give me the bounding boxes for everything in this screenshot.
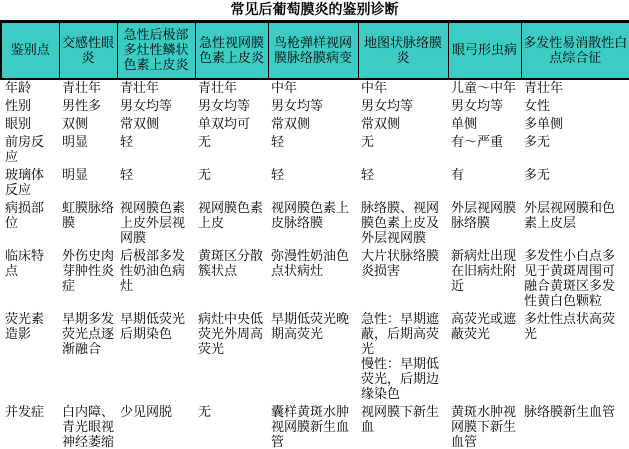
diagnosis-table: 鉴别点 交感性眼炎 急性后极部多灶性鳞状色素上皮炎 急性视网膜色素上皮炎 鸟枪弹…: [0, 20, 629, 449]
header-cell-mewds: 多发性易消散性白点综合征: [521, 22, 629, 80]
table-row: 并发症白内障、青光眼视神经萎缩少见网脱无囊样黄斑水肿视网膜新生血管视网膜下新生血…: [1, 404, 629, 449]
table-cell: 早期低荧光后期染色: [117, 311, 195, 404]
header-cell-criterion: 鉴别点: [1, 22, 59, 80]
table-cell: 无: [358, 134, 448, 167]
table-row: 年龄青壮年青壮年青壮年中年中年儿童～中年青壮年: [1, 79, 629, 98]
table-row: 性别男性多男女均等男女均等男女均等男女均等男女均等女性: [1, 98, 629, 116]
table-cell: 视网膜色素上皮: [195, 200, 268, 248]
table-cell: 多灶性点状高荧光: [521, 311, 629, 404]
header-cell-birdshot: 鸟枪弹样视网膜脉络膜病变: [268, 22, 358, 80]
row-label: 眼别: [1, 116, 59, 134]
table-cell: 脉络膜新生血管: [521, 404, 629, 449]
table-cell: 高荧光或遮蔽荧光: [448, 311, 521, 404]
row-label: 荧光素造影: [1, 311, 59, 404]
row-label: 玻璃体反应: [1, 167, 59, 200]
table-cell: 儿童～中年: [448, 79, 521, 98]
header-cell-serpiginous-choroiditis: 地图状脉络膜炎: [358, 22, 448, 80]
table-cell: 外伤史肉芽肿性炎症: [59, 248, 117, 311]
header-cell-arpe: 急性视网膜色素上皮炎: [195, 22, 268, 80]
table-cell: 外层视网膜和色素上皮层: [521, 200, 629, 248]
table-cell: 多发性小白点多见于黄斑周围可融合黄斑区多发性黄白色颗粒: [521, 248, 629, 311]
table-body: 年龄青壮年青壮年青壮年中年中年儿童～中年青壮年性别男性多男女均等男女均等男女均等…: [1, 79, 629, 449]
header-cell-sympathetic-ophthalmia: 交感性眼炎: [59, 22, 117, 80]
table-cell: 常双侧: [268, 116, 358, 134]
table-row: 病损部位虹膜脉络膜视网膜色素上皮外层视网膜视网膜色素上皮视网膜色素上皮脉络膜脉络…: [1, 200, 629, 248]
table-cell: 黄斑水肿视网膜下新生血管: [448, 404, 521, 449]
row-label: 性别: [1, 98, 59, 116]
table-cell: 明显: [59, 167, 117, 200]
table-cell: 轻: [358, 167, 448, 200]
table-cell: 囊样黄斑水肿视网膜新生血管: [268, 404, 358, 449]
table-cell: 男女均等: [117, 98, 195, 116]
table-cell: 男性多: [59, 98, 117, 116]
table-cell: 单双均可: [195, 116, 268, 134]
table-cell: 急性：早期遮蔽，后期高荧光 慢性：早期低荧光，后期边缘染色: [358, 311, 448, 404]
header-cell-ocular-toxoplasmosis: 眼弓形虫病: [448, 22, 521, 80]
page: 常见后葡萄膜炎的鉴别诊断 鉴别点 交感性眼炎 急性后极部多灶性鳞状色素上皮炎 急…: [0, 0, 629, 449]
table-cell: 常双侧: [358, 116, 448, 134]
table-cell: 男女均等: [268, 98, 358, 116]
table-cell: 脉络膜、视网膜色素上皮及外层视网膜: [358, 200, 448, 248]
table-cell: 虹膜脉络膜: [59, 200, 117, 248]
table-cell: 视网膜色素上皮外层视网膜: [117, 200, 195, 248]
table-cell: 男女均等: [448, 98, 521, 116]
table-cell: 多无: [521, 134, 629, 167]
table-cell: 无: [195, 167, 268, 200]
table-cell: 青壮年: [59, 79, 117, 98]
row-label: 病损部位: [1, 200, 59, 248]
table-cell: 青壮年: [195, 79, 268, 98]
table-cell: 外层视网膜脉络膜: [448, 200, 521, 248]
table-cell: 男女均等: [195, 98, 268, 116]
table-cell: 多单侧: [521, 116, 629, 134]
header-cell-apmppe: 急性后极部多灶性鳞状色素上皮炎: [117, 22, 195, 80]
table-cell: 双侧: [59, 116, 117, 134]
table-row: 临床特点外伤史肉芽肿性炎症后极部多发性奶油色病灶黄斑区分散簇状点弥漫性奶油色点状…: [1, 248, 629, 311]
table-cell: 中年: [358, 79, 448, 98]
table-cell: 大片状脉络膜炎损害: [358, 248, 448, 311]
table-cell: 早期低荧光晚期高荧光: [268, 311, 358, 404]
table-cell: 青壮年: [521, 79, 629, 98]
table-cell: 无: [195, 134, 268, 167]
row-label: 前房反应: [1, 134, 59, 167]
table-header-row: 鉴别点 交感性眼炎 急性后极部多灶性鳞状色素上皮炎 急性视网膜色素上皮炎 鸟枪弹…: [1, 22, 629, 80]
table-row: 眼别双侧常双侧单双均可常双侧常双侧单侧多单侧: [1, 116, 629, 134]
page-title: 常见后葡萄膜炎的鉴别诊断: [0, 0, 629, 20]
table-cell: 女性: [521, 98, 629, 116]
table-cell: 弥漫性奶油色点状病灶: [268, 248, 358, 311]
table-row: 荧光素造影早期多发荧光点逐渐融合早期低荧光后期染色病灶中央低荧光外周高荧光早期低…: [1, 311, 629, 404]
table-cell: 视网膜色素上皮脉络膜: [268, 200, 358, 248]
table-cell: 轻: [117, 167, 195, 200]
row-label: 年龄: [1, 79, 59, 98]
table-cell: 白内障、青光眼视神经萎缩: [59, 404, 117, 449]
table-cell: 轻: [268, 134, 358, 167]
table-cell: 轻: [268, 167, 358, 200]
table-cell: 无: [195, 404, 268, 449]
table-cell: 有～严重: [448, 134, 521, 167]
row-label: 临床特点: [1, 248, 59, 311]
table-cell: 单侧: [448, 116, 521, 134]
table-row: 玻璃体反应明显轻无轻轻有多无: [1, 167, 629, 200]
table-cell: 新病灶出现在旧病灶附近: [448, 248, 521, 311]
table-row: 前房反应明显轻无轻无有～严重多无: [1, 134, 629, 167]
table-cell: 多无: [521, 167, 629, 200]
table-cell: 早期多发荧光点逐渐融合: [59, 311, 117, 404]
table-cell: 后极部多发性奶油色病灶: [117, 248, 195, 311]
table-cell: 有: [448, 167, 521, 200]
row-label: 并发症: [1, 404, 59, 449]
table-cell: 视网膜下新生血: [358, 404, 448, 449]
table-cell: 明显: [59, 134, 117, 167]
table-cell: 男女均等: [358, 98, 448, 116]
table-cell: 病灶中央低荧光外周高荧光: [195, 311, 268, 404]
table-cell: 中年: [268, 79, 358, 98]
table-cell: 轻: [117, 134, 195, 167]
table-cell: 黄斑区分散簇状点: [195, 248, 268, 311]
table-cell: 少见网脱: [117, 404, 195, 449]
table-cell: 青壮年: [117, 79, 195, 98]
table-cell: 常双侧: [117, 116, 195, 134]
